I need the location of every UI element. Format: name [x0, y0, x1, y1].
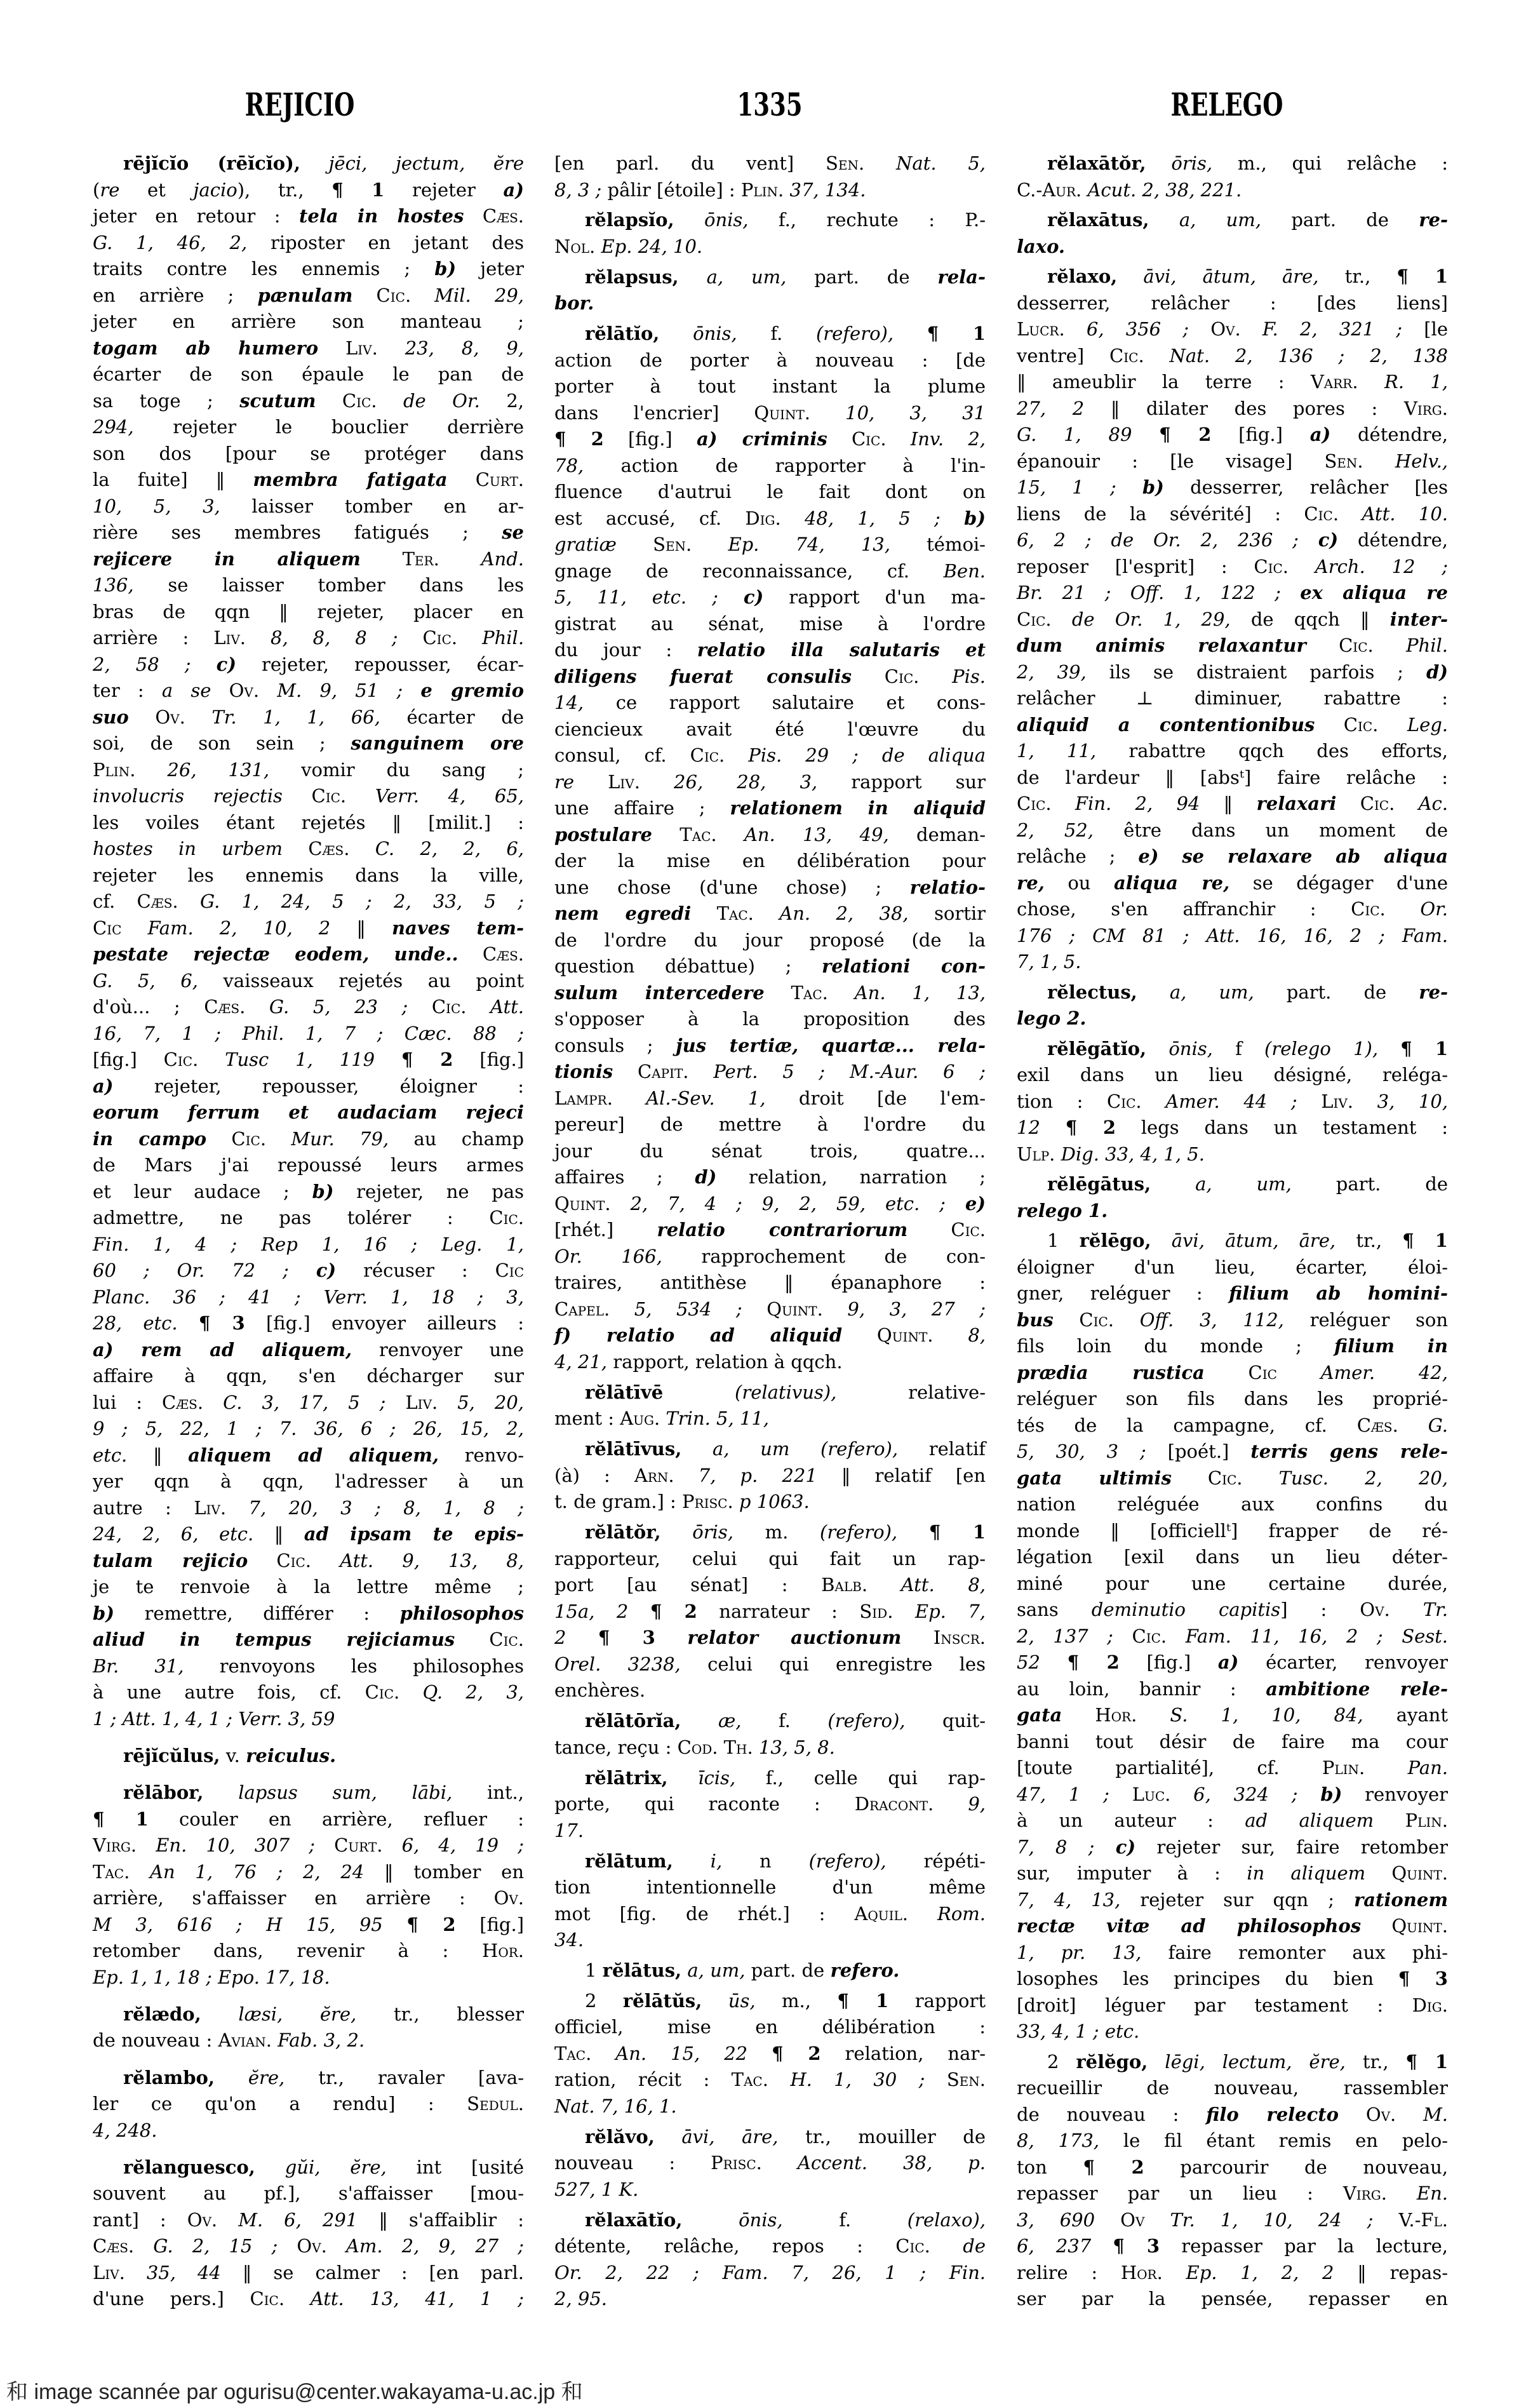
entry-line: épanouir : [le visage] Sen. Helv., [1017, 448, 1448, 475]
entry-line: ser par la pensée, repasser en [1017, 2286, 1448, 2313]
entry-line: banni tout désir de faire ma cour [1017, 1729, 1448, 1756]
entry-headword-line: rĕlaxātĭo, ōnis, f. (relaxo), [554, 2207, 986, 2234]
entry-line: sur, imputer à : in aliquem Quint. [1017, 1860, 1448, 1887]
entry-line: 8, 3 ; pâlir [étoile] : Plin. 37, 134. [554, 177, 986, 204]
entry-line: a) rejeter, repousser, éloigner : [93, 1073, 524, 1100]
entry-line: G. 5, 6, vaisseaux rejetés au point [93, 968, 524, 995]
entry-line: Ep. 1, 1, 18 ; Epo. 17, 18. [93, 1965, 524, 1991]
entry-headword-line: rĕlaxātus, a, um, part. de re- [1017, 207, 1448, 234]
entry-line: reléguer son fils dans les proprié- [1017, 1386, 1448, 1413]
entry-line: yer qqn à qqn, l'adresser à un [93, 1468, 524, 1495]
entry-line: gistrat au sénat, mise à l'ordre [554, 611, 986, 638]
entry-line: eorum ferrum et audaciam rejeci [93, 1099, 524, 1126]
running-head-right: RELEGO [1133, 85, 1321, 124]
entry-line: lui : Cæs. C. 3, 17, 5 ; Liv. 5, 20, [93, 1390, 524, 1416]
entry-headword-line: rējĭcĭo (rēĭcĭo), jēci, jectum, ĕre [93, 151, 524, 177]
entry-line: hostes in urbem Cæs. C. 2, 2, 6, [93, 836, 524, 863]
entry-line: consul, cf. Cic. Pis. 29 ; de aliqua [554, 743, 986, 769]
entry-line: sans deminutio capitis] : Ov. Tr. [1017, 1597, 1448, 1623]
entry-headword-line: rĕlædo, læsi, ĕre, tr., blesser [93, 2001, 524, 2028]
entry-line: M 3, 616 ; H 15, 95 ¶ 2 [fig.] [93, 1912, 524, 1939]
entry-line: lego 2. [1017, 1005, 1448, 1032]
entry-line: Cic. de Or. 1, 29, de qqch ‖ inter- [1017, 607, 1448, 633]
entry-line: Tac. An. 15, 22 ¶ 2 relation, nar- [554, 2041, 986, 2067]
entry-line: de l'ardeur ‖ [absᵗ] faire relâche : [1017, 765, 1448, 791]
entry-line: admettre, ne pas tolérer : Cic. [93, 1205, 524, 1232]
entry-line: etc. ‖ aliquem ad aliquem, renvo- [93, 1442, 524, 1469]
entry-line: 2, 39, ils se distraient parfois ; d) [1017, 659, 1448, 686]
entry-headword-line: rĕlectus, a, um, part. de re- [1017, 979, 1448, 1006]
entry-line: tulam rejicio Cic. Att. 9, 13, 8, [93, 1548, 524, 1575]
dictionary-entry: rĕlaxātus, a, um, part. de re-laxo. [1017, 207, 1448, 260]
entry-line: 2, 58 ; c) rejeter, repousser, écar- [93, 652, 524, 678]
entry-headword-line: rĕlambo, ĕre, tr., ravaler [ava- [93, 2065, 524, 2092]
entry-line: détente, relâche, repos : Cic. de [554, 2233, 986, 2260]
entry-line: diligens fuerat consulis Cic. Pis. [554, 664, 986, 690]
entry-line: 24, 2, 6, etc. ‖ ad ipsam te epis- [93, 1521, 524, 1548]
entry-line: affaire à qqn, s'en décharger sur [93, 1363, 524, 1390]
entry-line: ¶ 2 [fig.] a) criminis Cic. Inv. 2, [554, 426, 986, 453]
dictionary-entry: 1 rĕlātus, a, um, part. de refero. [554, 1958, 986, 1984]
dictionary-entry: rĕlectus, a, um, part. de re-lego 2. [1017, 979, 1448, 1032]
entry-line: Or. 2, 22 ; Fam. 7, 26, 1 ; Fin. [554, 2260, 986, 2287]
entry-headword-line: rĕlātīvē (relativus), relative- [554, 1380, 986, 1406]
dictionary-entry: 2 rĕlĕgo, lēgi, lectum, ĕre, tr., ¶ 1rec… [1017, 2049, 1448, 2313]
entry-line: ‖ ameublir la terre : Varr. R. 1, [1017, 369, 1448, 396]
entry-line: tion intentionnelle d'un même [554, 1874, 986, 1901]
entry-line: 15, 1 ; b) desserrer, relâcher [les [1017, 474, 1448, 501]
entry-line: ¶ 1 couler en arrière, refluer : [93, 1806, 524, 1833]
entry-line: 2 ¶ 3 relator auctionum Inscr. [554, 1625, 986, 1651]
entry-line: pereur] de mettre à l'ordre du [554, 1112, 986, 1138]
dictionary-entry: rĕlātĭo, ōnis, f. (refero), ¶ 1action de… [554, 321, 986, 1375]
dictionary-entry: rĕlaxātĭo, ōnis, f. (relaxo),détente, re… [554, 2207, 986, 2313]
entry-line: Plin. 26, 131, vomir du sang ; [93, 757, 524, 784]
scan-credit-footer: 和 image scannée par ogurisu@center.wakay… [6, 2379, 583, 2405]
entry-headword-line: rĕlātrix, īcis, f., celle qui rap- [554, 1765, 986, 1792]
entry-headword-line: rĕlēgātus, a, um, part. de [1017, 1171, 1448, 1198]
dictionary-entry: rĕlambo, ĕre, tr., ravaler [ava-ler ce q… [93, 2065, 524, 2144]
entry-line: officiel, mise en délibération : [554, 2014, 986, 2041]
dictionary-column-1: rējĭcĭo (rēĭcĭo), jēci, jectum, ĕre(re e… [93, 151, 524, 2313]
entry-line: du jour : relatio illa salutaris et [554, 637, 986, 664]
entry-line: C.-Aur. Acut. 2, 38, 221. [1017, 177, 1448, 204]
entry-headword-line: rĕlātĭo, ōnis, f. (refero), ¶ 1 [554, 321, 986, 347]
entry-line: souvent au pf.], s'affaisser [mou- [93, 2181, 524, 2207]
entry-line: rectæ vitæ ad philosophos Quint. [1017, 1913, 1448, 1940]
entry-line: ter : a se Ov. M. 9, 51 ; e gremio [93, 678, 524, 704]
entry-line: Lucr. 6, 356 ; Ov. F. 2, 321 ; [le [1017, 316, 1448, 343]
entry-line: Or. 166, rapprochement de con- [554, 1244, 986, 1270]
entry-line: involucris rejectis Cic. Verr. 4, 65, [93, 783, 524, 810]
entry-line: t. de gram.] : Prisc. p 1063. [554, 1489, 986, 1516]
entry-headword-line: 2 rĕlĕgo, lēgi, lectum, ĕre, tr., ¶ 1 [1017, 2049, 1448, 2076]
entry-line: 5, 30, 3 ; [poét.] terris gens rele- [1017, 1439, 1448, 1465]
entry-line: relâcher ⊥ diminuer, rabattre : [1017, 685, 1448, 712]
page-number: 1335 [676, 85, 864, 124]
entry-headword-line: rĕlanguesco, gŭi, ĕre, int [usité [93, 2154, 524, 2181]
entry-line: nem egredi Tac. An. 2, 38, sortir [554, 901, 986, 927]
entry-line: 176 ; CM 81 ; Att. 16, 16, 2 ; Fam. [1017, 923, 1448, 950]
entry-line: Fin. 1, 4 ; Rep 1, 16 ; Leg. 1, [93, 1232, 524, 1258]
entry-line: 28, etc. ¶ 3 [fig.] envoyer ailleurs : [93, 1310, 524, 1337]
entry-line: est accusé, cf. Dig. 48, 1, 5 ; b) [554, 506, 986, 532]
entry-line: Quint. 2, 7, 4 ; 9, 2, 59, etc. ; e) [554, 1191, 986, 1218]
entry-line: question débattue) ; relationi con- [554, 953, 986, 980]
entry-line: dum animis relaxantur Cic. Phil. [1017, 633, 1448, 659]
entry-line: ration, récit : Tac. H. 1, 30 ; Sen. [554, 2067, 986, 2093]
entry-line: Orel. 3238, celui qui enregistre les [554, 1651, 986, 1678]
entry-line: [toute partialité], cf. Plin. Pan. [1017, 1755, 1448, 1782]
entry-line: reposer [l'esprit] : Cic. Arch. 12 ; [1017, 554, 1448, 581]
entry-line: jeter en retour : tela in hostes Cæs. [93, 203, 524, 230]
entry-line: 9 ; 5, 22, 1 ; 7. 36, 6 ; 26, 15, 2, [93, 1416, 524, 1442]
dictionary-entry: rĕlātum, i, n (refero), répéti-tion inte… [554, 1848, 986, 1954]
entry-line: 2, 137 ; Cic. Fam. 11, 16, 2 ; Sest. [1017, 1623, 1448, 1650]
entry-line: 7, 1, 5. [1017, 949, 1448, 976]
entry-line: G. 1, 46, 2, riposter en jetant des [93, 230, 524, 257]
entry-line: laxo. [1017, 234, 1448, 260]
entry-line: une affaire ; relationem in aliquid [554, 795, 986, 822]
entry-line: son dos [pour se protéger dans [93, 441, 524, 467]
dictionary-entry: rĕlapsus, a, um, part. de rela-bor. [554, 264, 986, 317]
entry-line: repasser par un lieu : Virg. En. [1017, 2181, 1448, 2207]
entry-line: rejicere in aliquem Ter. And. [93, 546, 524, 573]
dictionary-entry: rĕlātīvē (relativus), relative-ment : Au… [554, 1380, 986, 1432]
entry-line: re, ou aliqua re, se dégager d'une [1017, 870, 1448, 897]
entry-line: 8, 173, le fil étant remis en pelo- [1017, 2128, 1448, 2154]
entry-line: je te renvoie à la lettre même ; [93, 1574, 524, 1601]
entry-headword-line: rĕlābor, lapsus sum, lābi, int., [93, 1780, 524, 1806]
entry-line: Planc. 36 ; 41 ; Verr. 1, 18 ; 3, [93, 1284, 524, 1311]
entry-line: ventre] Cic. Nat. 2, 136 ; 2, 138 [1017, 343, 1448, 370]
entry-line: traires, antithèse ‖ épanaphore : [554, 1270, 986, 1296]
entry-headword-line: rĕlātīvus, a, um (refero), relatif [554, 1436, 986, 1463]
entry-line: [en parl. du vent] Sen. Nat. 5, [554, 151, 986, 177]
entry-line: rière ses membres fatigués ; se [93, 520, 524, 546]
entry-line: 527, 1 K. [554, 2177, 986, 2203]
entry-line: 52 ¶ 2 [fig.] a) écarter, renvoyer [1017, 1650, 1448, 1676]
entry-line: miné pour une certaine durée, [1017, 1571, 1448, 1597]
entry-line: Br. 31, renvoyons les philosophes [93, 1653, 524, 1680]
entry-line: la fuite] ‖ membra fatigata Curt. [93, 467, 524, 494]
entry-headword-line: rĕlapsĭo, ōnis, f., rechute : P.- [554, 207, 986, 234]
entry-line: liens de la sévérité] : Cic. Att. 10. [1017, 501, 1448, 528]
entry-line: gratiæ Sen. Ep. 74, 13, témoi- [554, 532, 986, 558]
entry-line: action de porter à nouveau : [de [554, 347, 986, 374]
entry-headword-line: rĕlātōrĭa, æ, f. (refero), quit- [554, 1708, 986, 1735]
entry-line: bus Cic. Off. 3, 112, reléguer son [1017, 1307, 1448, 1334]
entry-line: Virg. En. 10, 307 ; Curt. 6, 4, 19 ; [93, 1832, 524, 1859]
entry-line: 1, 11, rabattre qqch des efforts, [1017, 738, 1448, 765]
entry-line: 33, 4, 1 ; etc. [1017, 2019, 1448, 2045]
entry-line: aliquid a contentionibus Cic. Leg. [1017, 712, 1448, 739]
entry-line: 294, rejeter le bouclier derrière [93, 414, 524, 441]
dictionary-entry: 1 rĕlēgo, āvi, ātum, āre, tr., ¶ 1éloign… [1017, 1228, 1448, 2045]
entry-line: sa toge ; scutum Cic. de Or. 2, [93, 388, 524, 415]
entry-line: gata ultimis Cic. Tusc. 2, 20, [1017, 1465, 1448, 1492]
entry-line: jour du sénat trois, quatre... [554, 1138, 986, 1165]
entry-headword-line: rĕlātŏr, ōris, m. (refero), ¶ 1 [554, 1519, 986, 1546]
entry-line: rant] : Ov. M. 6, 291 ‖ s'affaiblir : [93, 2207, 524, 2234]
entry-line: (re et jacio), tr., ¶ 1 rejeter a) [93, 177, 524, 204]
entry-line: ler ce qu'on a rendu] : Sedul. [93, 2091, 524, 2118]
entry-line: 16, 7, 1 ; Phil. 1, 7 ; Cæc. 88 ; [93, 1021, 524, 1047]
entry-line: 2, 52, être dans un moment de [1017, 817, 1448, 844]
running-head-left: REJICIO [206, 85, 394, 124]
dictionary-entry: rējĭcŭlus, v. reiculus. [93, 1743, 524, 1770]
entry-line: desserrer, relâcher : [des liens] [1017, 290, 1448, 317]
entry-line: ciencieux avait été l'œuvre du [554, 716, 986, 743]
entry-line: Br. 21 ; Off. 1, 122 ; ex aliqua re [1017, 580, 1448, 607]
entry-line: relego 1. [1017, 1198, 1448, 1225]
entry-line: tés de la campagne, cf. Cæs. G. [1017, 1413, 1448, 1439]
entry-line: 78, action de rapporter à l'in- [554, 453, 986, 480]
entry-line: 136, se laisser tomber dans les [93, 572, 524, 599]
entry-line: ton ¶ 2 parcourir de nouveau, [1017, 2154, 1448, 2181]
entry-line: écarter de son épaule le pan de [93, 361, 524, 388]
entry-line: Cic Fam. 2, 10, 2 ‖ naves tem- [93, 915, 524, 942]
entry-line: porter à tout instant la plume [554, 373, 986, 400]
entry-line: 12 ¶ 2 legs dans un testament : [1017, 1115, 1448, 1141]
entry-line: Nat. 7, 16, 1. [554, 2093, 986, 2120]
entry-headword-line: 1 rĕlēgo, āvi, ātum, āre, tr., ¶ 1 [1017, 1228, 1448, 1254]
entry-line: re Liv. 26, 28, 3, rapport sur [554, 769, 986, 796]
entry-line: consuls ; jus tertiæ, quartæ... rela- [554, 1033, 986, 1059]
entry-line: recueillir de nouveau, rassembler [1017, 2075, 1448, 2102]
dictionary-entry: rĕlātīvus, a, um (refero), relatif(à) : … [554, 1436, 986, 1516]
dictionary-entry: rĕlaxo, āvi, ātum, āre, tr., ¶ 1desserre… [1017, 264, 1448, 976]
entry-line: 34. [554, 1927, 986, 1954]
entry-line: relire : Hor. Ep. 1, 2, 2 ‖ repas- [1017, 2260, 1448, 2287]
entry-line: d'où... ; Cæs. G. 5, 23 ; Cic. Att. [93, 994, 524, 1021]
entry-line: suo Ov. Tr. 1, 1, 66, écarter de [93, 704, 524, 731]
entry-line: Cæs. G. 2, 15 ; Ov. Am. 2, 9, 27 ; [93, 2233, 524, 2260]
entry-line: arrière : Liv. 8, 8, 8 ; Cic. Phil. [93, 625, 524, 652]
entry-line: Liv. 35, 44 ‖ se calmer : [en parl. [93, 2260, 524, 2287]
entry-headword-line: rĕlātum, i, n (refero), répéti- [554, 1848, 986, 1875]
entry-line: d'une pers.] Cic. Att. 13, 41, 1 ; [93, 2286, 524, 2313]
entry-line: de nouveau : filo relecto Ov. M. [1017, 2102, 1448, 2128]
entry-line: [droit] léguer par testament : Dig. [1017, 1993, 1448, 2019]
entry-line: s'opposer à la proposition des [554, 1006, 986, 1033]
dictionary-entry: rĕlapsĭo, ōnis, f., rechute : P.-Nol. Ep… [554, 207, 986, 260]
entry-line: port [au sénat] : Balb. Att. 8, [554, 1572, 986, 1599]
entry-line: au loin, bannir : ambitione rele- [1017, 1676, 1448, 1703]
entry-line: [rhét.] relatio contrariorum Cic. [554, 1217, 986, 1244]
entry-line: rapporteur, celui qui fait un rap- [554, 1546, 986, 1573]
entry-headword-line: rĕlaxātŏr, ōris, m., qui relâche : [1017, 151, 1448, 177]
entry-line: f) relatio ad aliquid Quint. 8, [554, 1322, 986, 1349]
entry-line: Nol. Ep. 24, 10. [554, 234, 986, 260]
dictionary-entry: rĕlātŏr, ōris, m. (refero), ¶ 1rapporteu… [554, 1519, 986, 1704]
entry-line: 5, 11, etc. ; c) rapport d'un ma- [554, 584, 986, 611]
entry-line: 3, 690 Ov Tr. 1, 10, 24 ; V.-Fl. [1017, 2207, 1448, 2234]
entry-line: 7, 4, 13, rejeter sur qqn ; rationem [1017, 1887, 1448, 1914]
dictionary-entry: rĕlātrix, īcis, f., celle qui rap-porte,… [554, 1765, 986, 1845]
entry-line: 27, 2 ‖ dilater des pores : Virg. [1017, 396, 1448, 422]
entry-line: losophes les principes du bien ¶ 3 [1017, 1966, 1448, 1993]
dictionary-entry: rējĭcĭo (rēĭcĭo), jēci, jectum, ĕre(re e… [93, 151, 524, 1732]
entry-line: autre : Liv. 7, 20, 3 ; 8, 1, 8 ; [93, 1495, 524, 1522]
entry-headword-line: 2 rĕlātŭs, ūs, m., ¶ 1 rapport [554, 1988, 986, 2015]
entry-line: 47, 1 ; Luc. 6, 324 ; b) renvoyer [1017, 1782, 1448, 1808]
entry-line: et leur audace ; b) rejeter, ne pas [93, 1179, 524, 1206]
entry-line: gner, reléguer : filium ab homini- [1017, 1280, 1448, 1307]
entry-line: enchères. [554, 1677, 986, 1704]
entry-line: en arrière ; pænulam Cic. Mil. 29, [93, 283, 524, 309]
dictionary-entry: rĕlātōrĭa, æ, f. (refero), quit-tance, r… [554, 1708, 986, 1761]
entry-line: ment : Aug. Trin. 5, 11, [554, 1406, 986, 1432]
entry-line: nation reléguée aux confins du [1017, 1491, 1448, 1518]
dictionary-entry: 2 rĕlātŭs, ūs, m., ¶ 1 rapportofficiel, … [554, 1988, 986, 2120]
entry-line: fils loin du monde ; filium in [1017, 1333, 1448, 1360]
entry-line: de Mars j'ai repoussé leurs armes [93, 1152, 524, 1179]
entry-line: monde ‖ [officiellᵗ] frapper de ré- [1017, 1518, 1448, 1545]
entry-line: Ulp. Dig. 33, 4, 1, 5. [1017, 1141, 1448, 1168]
entry-line: 14, ce rapport salutaire et cons- [554, 690, 986, 716]
entry-line: de l'ordre du jour proposé (de la [554, 927, 986, 954]
dictionary-column-3: rĕlaxātŏr, ōris, m., qui relâche :C.-Aur… [1017, 151, 1448, 2313]
entry-line: une chose (d'une chose) ; relatio- [554, 875, 986, 901]
entry-line: gnage de reconnaissance, cf. Ben. [554, 558, 986, 585]
entry-line: 4, 21, rapport, relation à qqch. [554, 1349, 986, 1376]
entry-line: Cic. Fin. 2, 94 ‖ relaxari Cic. Ac. [1017, 791, 1448, 817]
entry-line: de nouveau : Avian. Fab. 3, 2. [93, 2027, 524, 2054]
entry-line: 6, 2 ; de Or. 2, 236 ; c) détendre, [1017, 527, 1448, 554]
entry-line: sulum intercedere Tac. An. 1, 13, [554, 980, 986, 1007]
entry-line: légation [exil dans un lieu déter- [1017, 1544, 1448, 1571]
entry-line: [fig.] Cic. Tusc 1, 119 ¶ 2 [fig.] [93, 1047, 524, 1073]
entry-line: les voiles étant rejetés ‖ [milit.] : [93, 810, 524, 837]
entry-line: Lampr. Al.-Sev. 1, droit [de l'em- [554, 1085, 986, 1112]
entry-line: Tac. An 1, 76 ; 2, 24 ‖ tomber en [93, 1859, 524, 1886]
entry-line: bor. [554, 290, 986, 317]
entry-line: tionis Capit. Pert. 5 ; M.-Aur. 6 ; [554, 1059, 986, 1085]
entry-line: chose, s'en affranchir : Cic. Or. [1017, 896, 1448, 923]
entry-line: relâche ; e) se relaxare ab aliqua [1017, 843, 1448, 870]
entry-line: bras de qqn ‖ rejeter, placer en [93, 599, 524, 626]
entry-line: Capel. 5, 534 ; Quint. 9, 3, 27 ; [554, 1296, 986, 1323]
entry-line: 2, 95. [554, 2286, 986, 2313]
entry-line: in campo Cic. Mur. 79, au champ [93, 1126, 524, 1153]
dictionary-entry: rĕlēgātĭo, ōnis, f (relego 1), ¶ 1exil d… [1017, 1036, 1448, 1168]
entry-line: b) remettre, différer : philosophos [93, 1601, 524, 1627]
entry-line: 7, 8 ; c) rejeter sur, faire retomber [1017, 1834, 1448, 1861]
entry-line: cf. Cæs. G. 1, 24, 5 ; 2, 33, 5 ; [93, 889, 524, 915]
entry-line: aliud in tempus rejiciamus Cic. [93, 1627, 524, 1653]
dictionary-entry: rĕlăvo, āvi, āre, tr., mouiller denouvea… [554, 2124, 986, 2203]
entry-line: éloigner d'un lieu, écarter, éloi- [1017, 1254, 1448, 1281]
entry-line: (à) : Arn. 7, p. 221 ‖ relatif [en [554, 1463, 986, 1489]
entry-line: 1, pr. 13, faire remonter aux phi- [1017, 1940, 1448, 1966]
entry-line: à une autre fois, cf. Cic. Q. 2, 3, [93, 1679, 524, 1706]
dictionary-entry: rĕlēgātus, a, um, part. derelego 1. [1017, 1171, 1448, 1224]
dictionary-entry: rĕlanguesco, gŭi, ĕre, int [usitésouvent… [93, 2154, 524, 2313]
entry-line: dans l'encrier] Quint. 10, 3, 31 [554, 400, 986, 427]
entry-line: der la mise en délibération pour [554, 848, 986, 875]
entry-line: jeter en arrière son manteau ; [93, 309, 524, 335]
entry-line: affaires ; d) relation, narration ; [554, 1164, 986, 1191]
entry-line: 60 ; Or. 72 ; c) récuser : Cic [93, 1258, 524, 1284]
entry-line: à un auteur : ad aliquem Plin. [1017, 1808, 1448, 1834]
dictionary-entry: rĕlābor, lapsus sum, lābi, int.,¶ 1 coul… [93, 1780, 524, 1991]
entry-line: 4, 248. [93, 2118, 524, 2144]
entry-line: tance, reçu : Cod. Th. 13, 5, 8. [554, 1735, 986, 1761]
entry-headword-line: rĕlēgātĭo, ōnis, f (relego 1), ¶ 1 [1017, 1036, 1448, 1063]
entry-line: traits contre les ennemis ; b) jeter [93, 256, 524, 283]
entry-line: porte, qui raconte : Dracont. 9, [554, 1791, 986, 1818]
entry-line: soi, de son sein ; sanguinem ore [93, 730, 524, 757]
entry-line: 10, 5, 3, laisser tomber en ar- [93, 494, 524, 520]
entry-line: postulare Tac. An. 13, 49, deman- [554, 822, 986, 849]
entry-headword-line: 1 rĕlātus, a, um, part. de refero. [554, 1958, 986, 1984]
entry-line: exil dans un lieu désigné, reléga- [1017, 1062, 1448, 1089]
entry-headword-line: rĕlapsus, a, um, part. de rela- [554, 264, 986, 291]
entry-line: 17. [554, 1818, 986, 1845]
entry-line: rejeter les ennemis dans la ville, [93, 863, 524, 889]
entry-line: togam ab humero Liv. 23, 8, 9, [93, 335, 524, 362]
entry-headword-line: rējĭcŭlus, v. reiculus. [93, 1743, 524, 1770]
entry-line: pestate rejectæ eodem, unde.. Cæs. [93, 941, 524, 968]
dictionary-column-2: [en parl. du vent] Sen. Nat. 5,8, 3 ; pâ… [554, 151, 986, 2313]
entry-line: arrière, s'affaisser en arrière : Ov. [93, 1885, 524, 1912]
entry-headword-line: rĕlaxo, āvi, ātum, āre, tr., ¶ 1 [1017, 264, 1448, 290]
entry-line: G. 1, 89 ¶ 2 [fig.] a) détendre, [1017, 422, 1448, 448]
entry-line: 1 ; Att. 1, 4, 1 ; Verr. 3, 59 [93, 1706, 524, 1733]
entry-continuation: [en parl. du vent] Sen. Nat. 5,8, 3 ; pâ… [554, 151, 986, 203]
entry-line: tion : Cic. Amer. 44 ; Liv. 3, 10, [1017, 1089, 1448, 1115]
entry-line: nouveau : Prisc. Accent. 38, p. [554, 2150, 986, 2177]
entry-line: fluence d'autrui le fait dont on [554, 479, 986, 506]
entry-line: 6, 237 ¶ 3 repasser par la lecture, [1017, 2233, 1448, 2260]
entry-line: mot [fig. de rhét.] : Aquil. Rom. [554, 1901, 986, 1928]
entry-line: prædia rustica Cic Amer. 42, [1017, 1360, 1448, 1387]
entry-line: a) rem ad aliquem, renvoyer une [93, 1337, 524, 1364]
entry-headword-line: rĕlăvo, āvi, āre, tr., mouiller de [554, 2124, 986, 2151]
entry-line: retomber dans, revenir à : Hor. [93, 1938, 524, 1965]
entry-line: gata Hor. S. 1, 10, 84, ayant [1017, 1702, 1448, 1729]
dictionary-entry: rĕlaxātŏr, ōris, m., qui relâche :C.-Aur… [1017, 151, 1448, 203]
dictionary-entry: rĕlædo, læsi, ĕre, tr., blesserde nouvea… [93, 2001, 524, 2054]
entry-line: 15a, 2 ¶ 2 narrateur : Sid. Ep. 7, [554, 1599, 986, 1625]
